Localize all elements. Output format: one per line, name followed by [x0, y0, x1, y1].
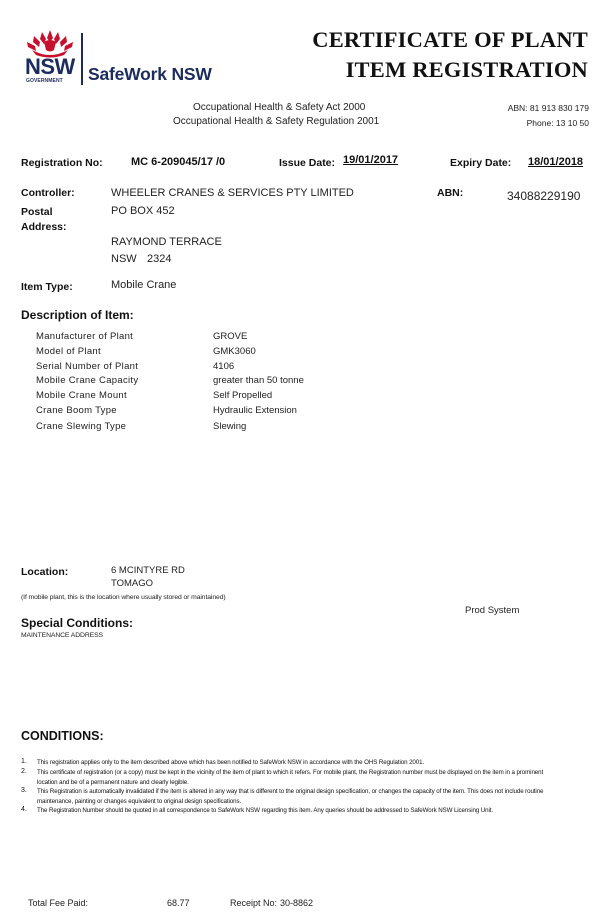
description-row-value: Hydraulic Extension: [213, 405, 297, 416]
certificate-title-line-2: ITEM REGISTRATION: [346, 57, 588, 83]
description-row-value: Slewing: [213, 421, 246, 432]
description-row-value: Self Propelled: [213, 390, 272, 401]
item-type-label: Item Type:: [21, 281, 73, 293]
logo-divider: [81, 33, 83, 85]
special-conditions-heading: Special Conditions:: [21, 616, 133, 630]
description-row-value: 4106: [213, 361, 234, 372]
postal-address-label-2: Address:: [21, 221, 67, 233]
description-row-label: Crane Slewing Type: [36, 421, 126, 432]
condition-number: 1.: [21, 758, 33, 765]
registration-no-label: Registration No:: [21, 157, 103, 169]
government-label: GOVERNMENT: [26, 78, 63, 84]
total-fee-value: 68.77: [167, 898, 190, 908]
address-line-2: RAYMOND TERRACE: [111, 236, 222, 248]
condition-text: This registration applies only to the it…: [37, 758, 547, 768]
issue-date-value: 19/01/2017: [343, 154, 398, 166]
description-row-label: Manufacturer of Plant: [36, 331, 133, 342]
agency-abn: ABN: 81 913 830 179: [508, 103, 589, 113]
certificate-title-line-1: CERTIFICATE OF PLANT: [312, 27, 588, 53]
description-row-value: GMK3060: [213, 346, 256, 357]
agency-phone: Phone: 13 10 50: [527, 118, 589, 128]
location-line-1: 6 MCINTYRE RD: [111, 565, 185, 576]
controller-name: WHEELER CRANES & SERVICES PTY LIMITED: [111, 187, 354, 199]
location-label: Location:: [21, 566, 68, 578]
description-heading: Description of Item:: [21, 308, 134, 322]
conditions-heading: CONDITIONS:: [21, 729, 104, 743]
condition-number: 3.: [21, 787, 33, 794]
location-line-2: TOMAGO: [111, 578, 153, 589]
controller-abn-value: 34088229190: [507, 189, 580, 203]
address-state: NSW: [111, 253, 137, 265]
act-reference: Occupational Health & Safety Act 2000: [193, 102, 365, 113]
agency-name: SafeWork NSW: [88, 64, 212, 85]
controller-label: Controller:: [21, 187, 75, 199]
expiry-date-label: Expiry Date:: [450, 157, 511, 169]
description-row-label: Mobile Crane Capacity: [36, 375, 138, 386]
special-conditions-value: MAINTENANCE ADDRESS: [21, 632, 103, 639]
condition-number: 4.: [21, 806, 33, 813]
regulation-reference: Occupational Health & Safety Regulation …: [173, 116, 379, 127]
location-note: (If mobile plant, this is the location w…: [21, 594, 226, 601]
registration-no-value: MC 6-209045/17 /0: [131, 156, 225, 168]
item-type-value: Mobile Crane: [111, 279, 176, 291]
description-row-value: GROVE: [213, 331, 247, 342]
nsw-wordmark: NSW: [25, 56, 75, 78]
receipt-no-label: Receipt No:: [230, 898, 277, 908]
description-row-label: Crane Boom Type: [36, 405, 117, 416]
postal-address-label-1: Postal: [21, 206, 53, 218]
description-row-label: Model of Plant: [36, 346, 101, 357]
condition-text: The Registration Number should be quoted…: [37, 806, 547, 816]
description-row-label: Serial Number of Plant: [36, 361, 138, 372]
total-fee-label: Total Fee Paid:: [28, 898, 88, 908]
description-row-label: Mobile Crane Mount: [36, 390, 127, 401]
controller-abn-label: ABN:: [437, 187, 463, 199]
condition-number: 2.: [21, 768, 33, 775]
nsw-safework-logo: NSW GOVERNMENT SafeWork NSW: [20, 28, 250, 88]
expiry-date-value: 18/01/2018: [528, 156, 583, 168]
condition-text: This certificate of registration (or a c…: [37, 768, 547, 787]
address-postcode: 2324: [147, 253, 171, 265]
description-row-value: greater than 50 tonne: [213, 375, 304, 386]
address-line-1: PO BOX 452: [111, 205, 175, 217]
prod-system-label: Prod System: [465, 605, 519, 616]
issue-date-label: Issue Date:: [279, 157, 335, 169]
receipt-no-value: 30-8862: [280, 898, 313, 908]
condition-text: This Registration is automatically inval…: [37, 787, 547, 806]
